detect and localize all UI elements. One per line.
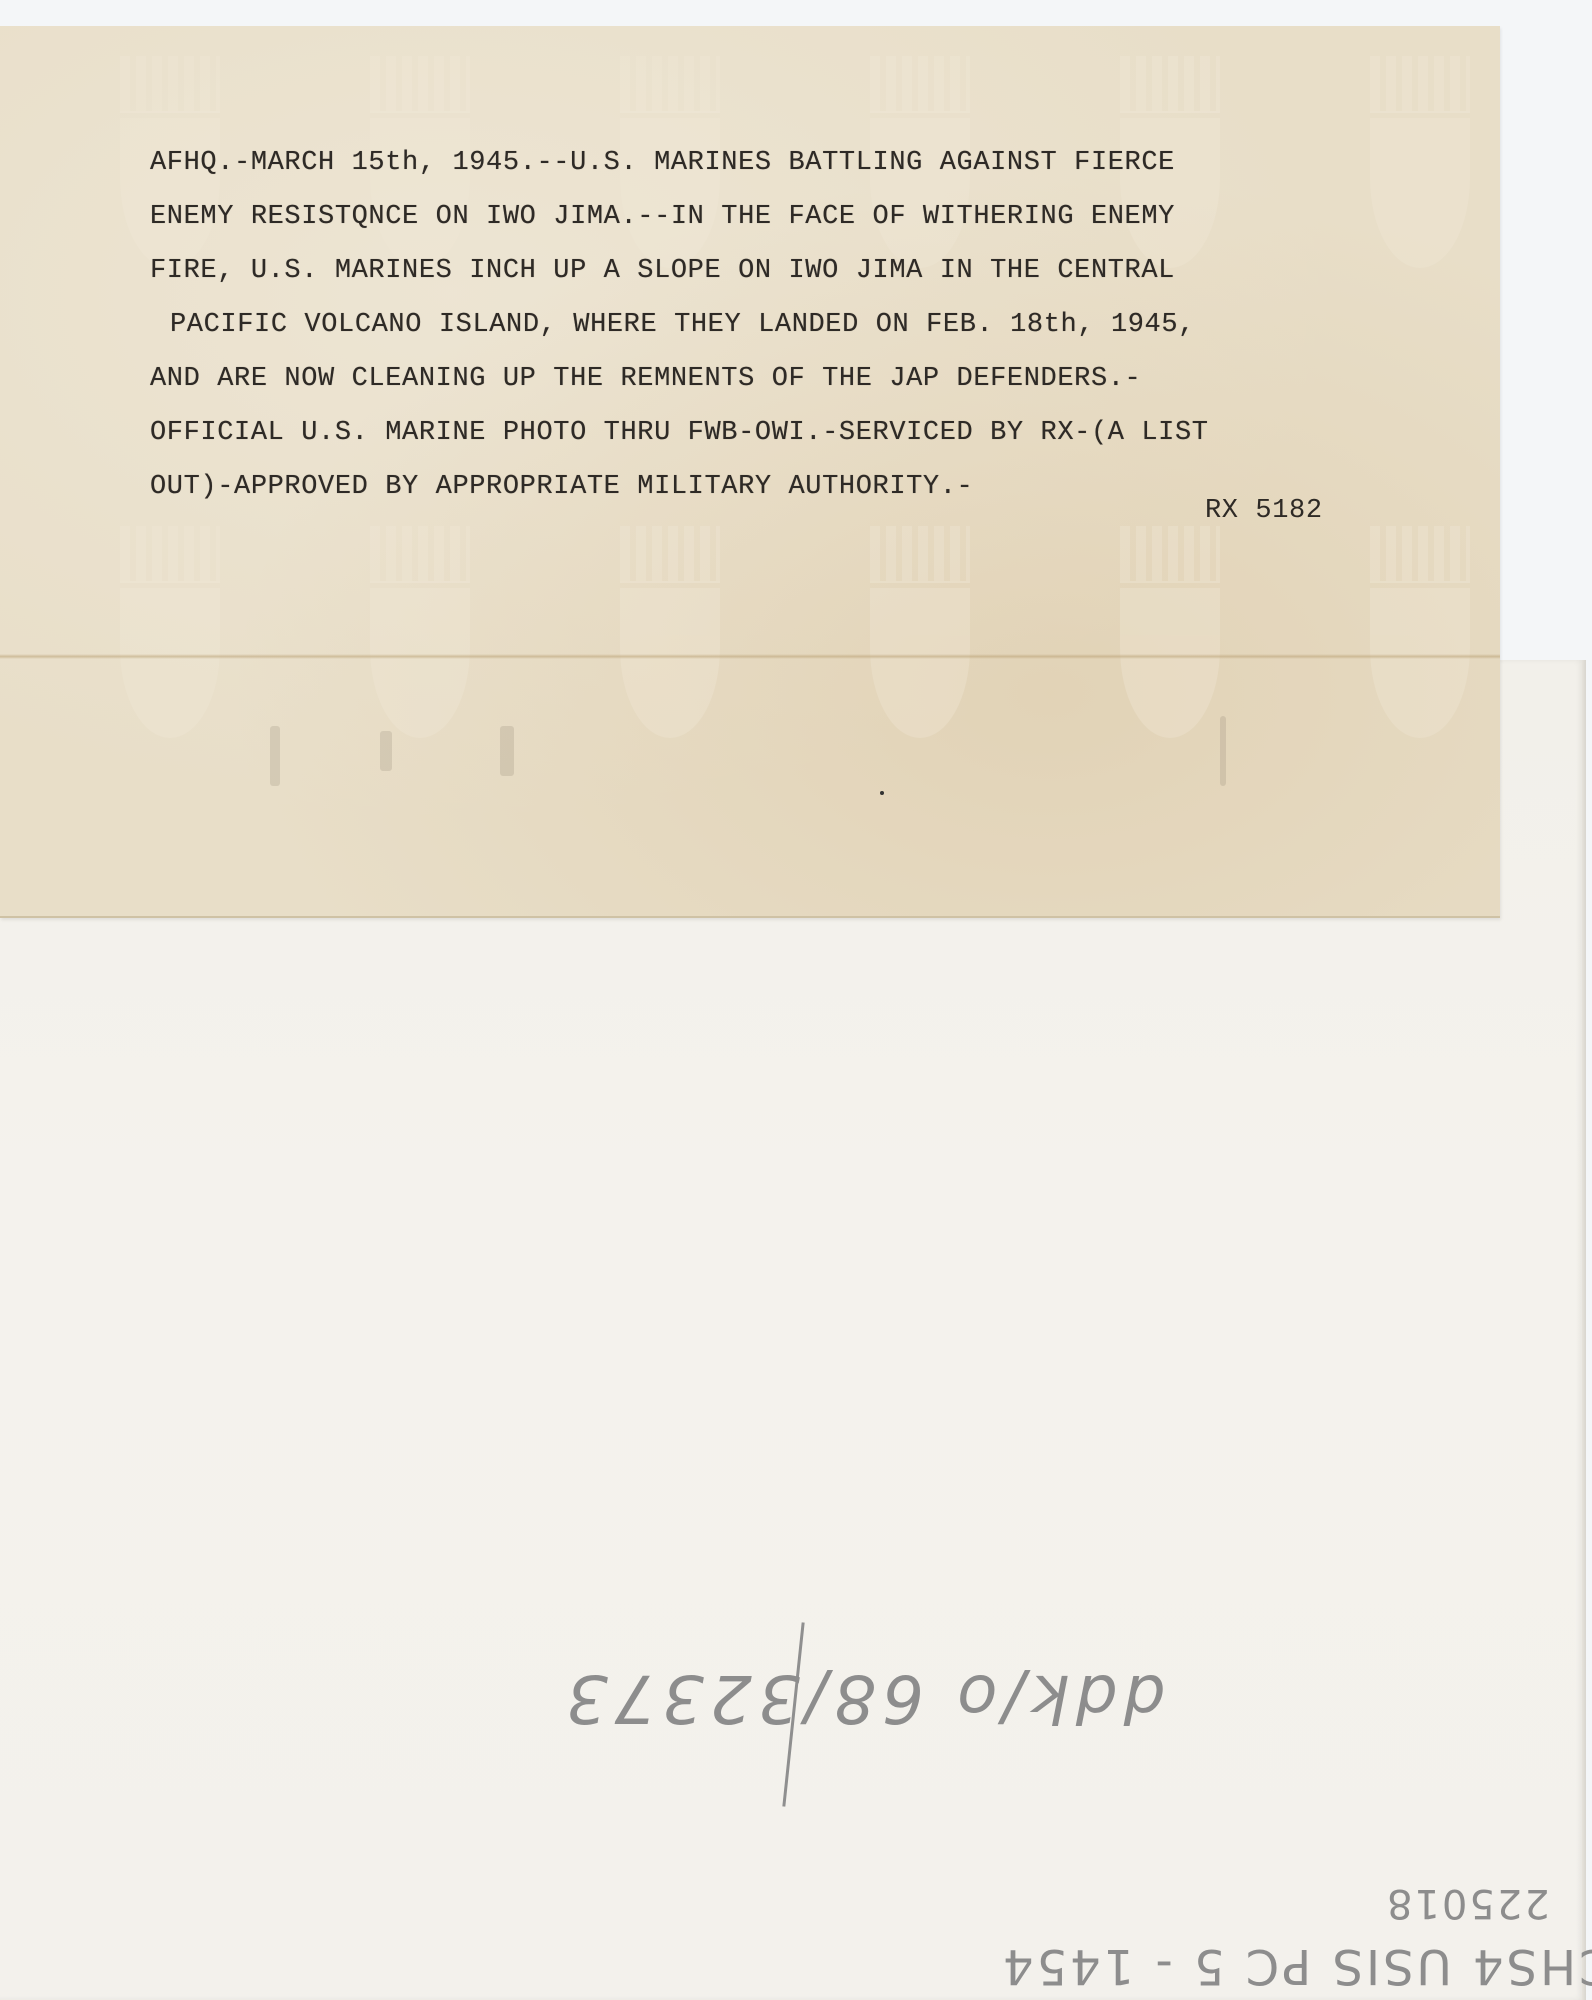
caption-line-6: OFFICIAL U.S. MARINE PHOTO THRU FWB-OWI.… (150, 406, 1470, 460)
ink-dot (880, 791, 884, 795)
caption-reference-number: RX 5182 (1205, 496, 1323, 526)
ink-smudge (270, 726, 280, 786)
typed-caption: AFHQ.-MARCH 15th, 1945.--U.S. MARINES BA… (150, 136, 1470, 514)
caption-slip: AFHQ.-MARCH 15th, 1945.--U.S. MARINES BA… (0, 26, 1500, 918)
caption-line-1: AFHQ.-MARCH 15th, 1945.--U.S. MARINES BA… (150, 136, 1470, 190)
watermark-shield (1370, 526, 1470, 756)
pencil-archive-number: ddk/o 68/32373 (560, 1660, 1166, 1737)
caption-line-4: PACIFIC VOLCANO ISLAND, WHERE THEY LANDE… (150, 298, 1470, 352)
ink-smudge (1220, 716, 1226, 786)
watermark-shield (370, 526, 470, 756)
pencil-id-number: 225018 (1385, 1880, 1550, 1926)
ink-smudge (500, 726, 514, 776)
caption-line-3: FIRE, U.S. MARINES INCH UP A SLOPE ON IW… (150, 244, 1470, 298)
watermark-shield (120, 526, 220, 756)
caption-line-5: AND ARE NOW CLEANING UP THE REMNENTS OF … (150, 352, 1470, 406)
watermark-shield (620, 526, 720, 756)
watermark-shield (870, 526, 970, 756)
watermark-shield (1120, 526, 1220, 756)
ink-smudge (380, 731, 392, 771)
pencil-catalog-code: CHS4 USIS PC 5 - 1454 (1000, 1938, 1592, 1994)
fold-crease (0, 654, 1500, 659)
caption-line-2: ENEMY RESISTQNCE ON IWO JIMA.--IN THE FA… (150, 190, 1470, 244)
